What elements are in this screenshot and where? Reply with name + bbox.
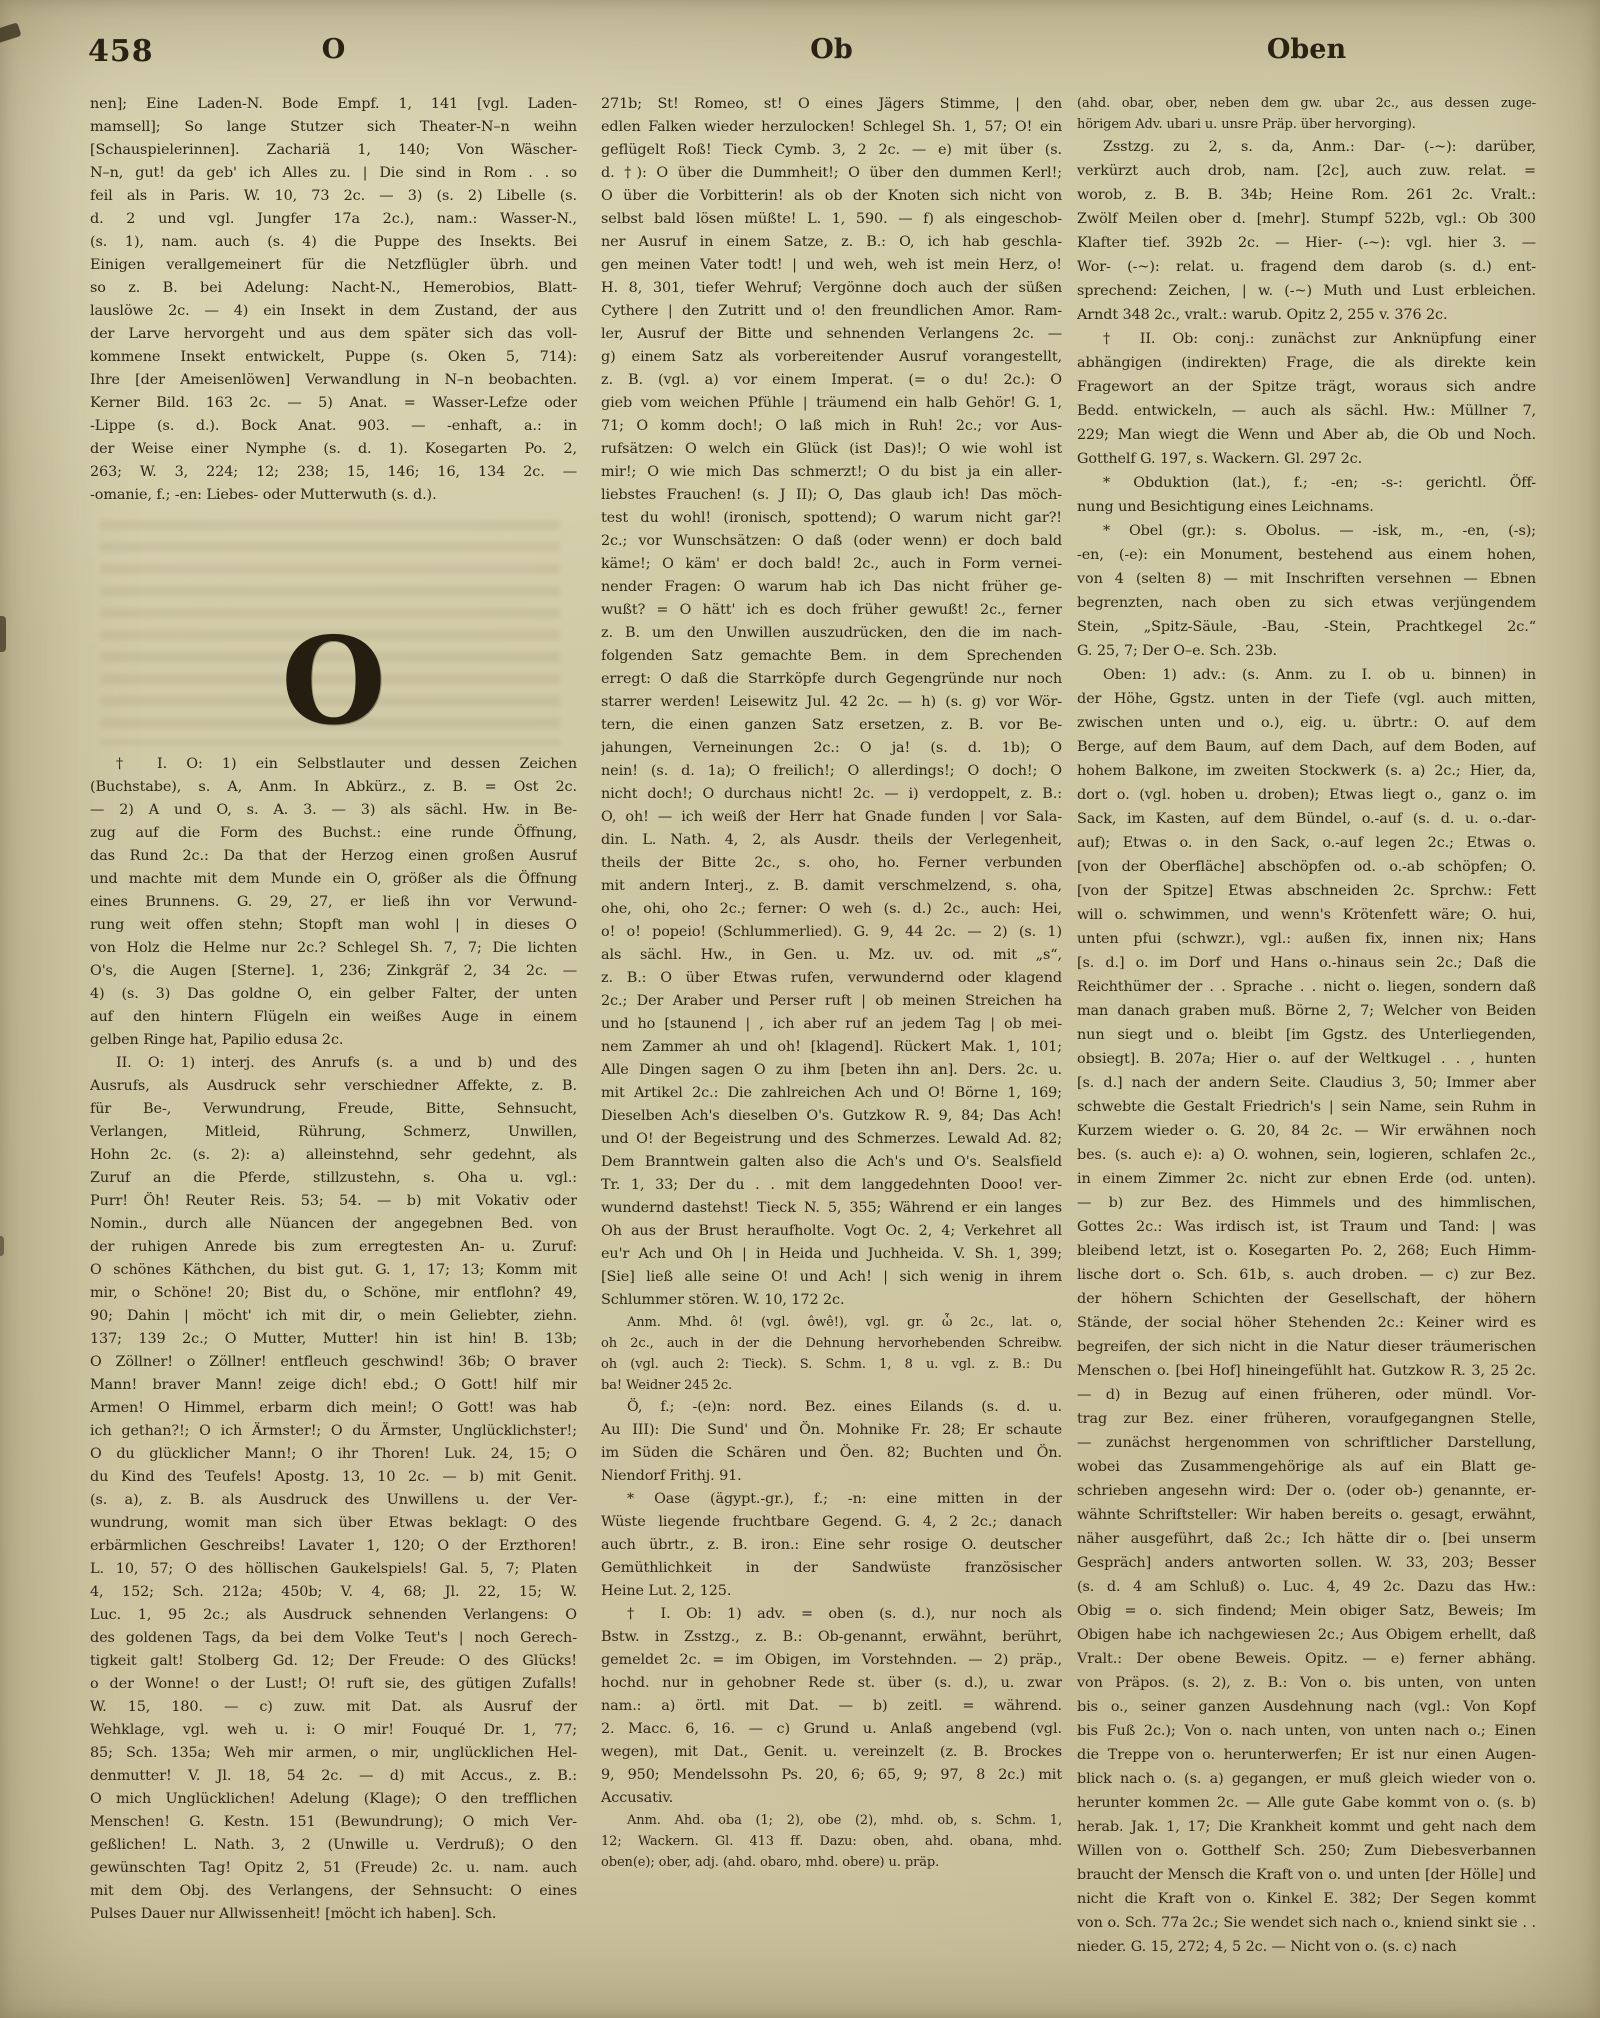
text-line: lische dort o. Sch. 61b, s. auch droben.… [1077,1263,1536,1287]
text-line: Obigen habe ich nachgewiesen 2c.; Aus Ob… [1077,1623,1536,1647]
text-line: abhängigen (indirekten) Frage, die als d… [1077,351,1536,375]
text-line: folgenden Satz gemachte Bem. in dem Spre… [601,645,1062,668]
text-line: Kerner Bild. 163 2c. — 5) Anat. = Wasser… [90,392,577,415]
text-line: bes. (s. auch e): a) O. wohnen, sein, lo… [1077,1143,1536,1167]
text-line: Berge, auf dem Baum, auf dem Dach, auf d… [1077,735,1536,759]
text-line: der höhern Schichten der Gesellschaft, d… [1077,1287,1536,1311]
text-line: so z. B. bei Adelung: Nacht-N., Hemerobi… [90,277,577,300]
text-line: H. 8, 301, tiefer Wehruf; Vergönne doch … [601,277,1062,300]
text-line: Klafter tief. 392b 2c. — Hier- (-~): vgl… [1077,231,1536,255]
text-line: -omanie, f.; -en: Liebes- oder Mutterwut… [90,484,577,507]
text-line: (s. 1), nam. auch (s. 4) die Puppe des I… [90,231,577,254]
text-line: [s. d.] o. im Dorf und Hans o.-hinaus se… [1077,951,1536,975]
text-line: z. B. um den Unwillen auszudrücken, den … [601,622,1062,645]
text-line: O, oh! — ich weiß der Herr hat Gnade fun… [601,806,1062,829]
text-line: g) einem Satz als vorbereitender Ausruf … [601,346,1062,369]
text-line: oh 2c., auch in der die Dehnung hervorhe… [601,1333,1062,1354]
text-line: schwebte die Gestalt Friedrich's | sein … [1077,1095,1536,1119]
text-line: erregt: O daß die Starrköpfe durch Gegen… [601,668,1062,691]
text-line: -en, (-e): ein Monument, bestehend aus e… [1077,543,1536,567]
text-line: L. 10, 57; O des höllischen Gaukelspiels… [90,1558,577,1581]
text-line: zug auf die Form des Buchst.: eine runde… [90,822,577,845]
text-line: Pulses Dauer nur Allwissenheit! [möcht i… [90,1903,577,1926]
text-line: 2c.; vor Wunschsätzen: O daß (oder wenn)… [601,530,1062,553]
text-line: man danach graben muß. Börne 2, 7; Welch… [1077,999,1536,1023]
text-line: o der Wonne! o der Lust!; O! ruft sie, d… [90,1673,577,1696]
text-line: der ruhigen Anrede bis zum erregtesten A… [90,1236,577,1259]
text-line: O's, die Augen [Sterne]. 1, 236; Zinkgrä… [90,960,577,983]
text-line: N–n, gut! da geb' ich Alles zu. | Die si… [90,162,577,185]
text-line: Dem Branntwein galten also die Ach's und… [601,1151,1062,1174]
text-line: blick nach o. (s. a) gegangen, er muß gl… [1077,1767,1536,1791]
text-line: — d) in Bezug auf einen früheren, oder m… [1077,1383,1536,1407]
text-line: Menschen o. [bei Hof] hineingefühlt hat.… [1077,1359,1536,1383]
text-line: zwischen unten und o.), eig. u. übrtr.: … [1077,711,1536,735]
text-line: [Sie] ließ alle seine O! und Ach! | sich… [601,1266,1062,1289]
text-line: obsiegt]. B. 207a; Hier o. auf der Weltk… [1077,1047,1536,1071]
text-line: für Be-, Verwundrung, Freude, Bitte, Seh… [90,1098,577,1121]
text-line: Ö, f.; -(e)n: nord. Bez. eines Eilands (… [601,1396,1062,1419]
text-line: will o. schwimmen, und wenn's Krötenfett… [1077,903,1536,927]
text-line: nung und Besichtigung eines Leichnams. [1077,495,1536,519]
text-line: worob, z. B. B. 34b; Heine Rom. 261 2c. … [1077,183,1536,207]
running-head-oben: Oben [1077,34,1536,65]
text-line: Ihre [der Ameisenlöwen] Verwandlung in N… [90,369,577,392]
text-line: wundernd dastehst! Tieck N. 5, 355; Währ… [601,1197,1062,1220]
text-line: Au III): Die Sund' und Ön. Mohnike Fr. 2… [601,1419,1062,1442]
text-line: Purr! Öh! Reuter Reis. 53; 54. — b) mit … [90,1190,577,1213]
text-line: 4) (s. 3) Das goldne O, ein gelber Falte… [90,983,577,1006]
text-line: Gemüthlichkeit in der Sandwüste französi… [601,1557,1062,1580]
text-line: [s. d.] nach der andern Seite. Claudius … [1077,1071,1536,1095]
text-line: eines Brunnens. G. 29, 27, er ließ ihn v… [90,891,577,914]
text-line: -Lippe (s. d.). Bock Anat. 903. — -enhaf… [90,415,577,438]
column-2: 271b; St! Romeo, st! O eines Jägers Stim… [601,93,1062,1873]
text-line: die Treppe von o. herunterwerfen; Er ist… [1077,1743,1536,1767]
text-line: Bstw. in Zsstzg., z. B.: Ob-genannt, erw… [601,1626,1062,1649]
text-line: Vralt.: Der obene Beweis. Opitz. — e) fe… [1077,1647,1536,1671]
text-line: † II. Ob: conj.: zunächst zur Anknüpfung… [1077,327,1536,351]
text-line: ohe, ohi, oho 2c.; ferner: O weh (s. d.)… [601,898,1062,921]
text-line: feil als in Paris. W. 10, 73 2c. — 3) (s… [90,185,577,208]
text-line: trag zur Bez. einer früheren, voraufgega… [1077,1407,1536,1431]
text-line: Bedd. entwickeln, — auch als sächl. Hw.:… [1077,399,1536,423]
text-line: nieder. G. 15, 272; 4, 5 2c. — Nicht von… [1077,1935,1536,1959]
text-line: test du wohl! (ironisch, spottend); O wa… [601,507,1062,530]
text-line: verkürzt auch drob, nam. [2c], auch zuw.… [1077,159,1536,183]
text-line: auf den hintern Flügeln ein weißes Auge … [90,1006,577,1029]
text-line: ich gethan?!; O ich Ärmster!; O du Ärmst… [90,1420,577,1443]
scan-artifact [0,616,6,652]
text-line: selbst bald lösen müßte! L. 1, 590. — f)… [601,208,1062,231]
text-line: von Präpos. (s. 2), z. B.: Von o. bis un… [1077,1671,1536,1695]
text-line: tigkeit galt! Stolberg Gd. 12; Der Freud… [90,1650,577,1673]
text-line: von Holz die Helme nur 2c.? Schlegel Sh.… [90,937,577,960]
text-line: Stein, „Spitz-Säule, -Bau, -Stein, Prach… [1077,615,1536,639]
text-line: Tr. 1, 33; Der du . . mit dem langgedehn… [601,1174,1062,1197]
text-line: z. B. (vgl. a) vor einem Imperat. (= o d… [601,369,1062,392]
text-line: Oh aus der Brust heraufholte. Vogt Oc. 2… [601,1220,1062,1243]
text-line: Wor- (-~): relat. u. fragend dem darob (… [1077,255,1536,279]
scan-artifact [0,22,22,43]
text-line: nein! (s. d. 1a); O freilich!; O allerdi… [601,760,1062,783]
text-line: erbärmlichen Geschreibs! Lavater 1, 120;… [90,1535,577,1558]
text-line: — 2) A und O, s. A. 3. — 3) als sächl. H… [90,799,577,822]
text-line: Obig = o. sich findend; Mein obiger Satz… [1077,1599,1536,1623]
text-line: Wehklage, vgl. weh u. i: O mir! Fouqué D… [90,1719,577,1742]
text-line: begrenzten, nach oben zu sich etwas verj… [1077,591,1536,615]
text-line: schrieben angesehn wird: Der o. (oder ob… [1077,1479,1536,1503]
text-line: lauslöwe 2c. — 4) ein Insekt in dem Zust… [90,300,577,323]
scan-artifact [0,1236,4,1256]
text-line: [von der Oberfläche] abschöpfen od. o.-a… [1077,855,1536,879]
text-line: mit dem Obj. des Verlangens, der Sehnsuc… [90,1880,577,1903]
text-line: hochd. nur in gehobner Rede st. über (s.… [601,1672,1062,1695]
text-line: begreifen, der sich nicht in die Natur d… [1077,1335,1536,1359]
text-line: 137; 139 2c.; O Mutter, Mutter! hin ist … [90,1328,577,1351]
text-line: käme!; O käm' er doch bald! 2c., auch in… [601,553,1062,576]
text-line: wähnte Schriftsteller: Wir haben bereits… [1077,1503,1536,1527]
text-line: 2c.; Der Araber und Perser ruft | ob mei… [601,990,1062,1013]
text-line: in einem Zimmer 2c. nicht zur ebnen Erde… [1077,1167,1536,1191]
text-line: Alle Dingen sagen O zu ihm [beten ihn an… [601,1059,1062,1082]
text-line: kommene Insekt entwickelt, Puppe (s. Oke… [90,346,577,369]
running-head-o: O [90,34,577,65]
text-line: Heine Lut. 2, 125. [601,1580,1062,1603]
text-line: — zunächst hergenommen von schriftlicher… [1077,1431,1536,1455]
text-line: (s. a), z. B. als Ausdruck des Unwillens… [90,1489,577,1512]
text-line: edlen Falken wieder herzulocken! Schlege… [601,116,1062,139]
text-line: geßlichen! L. Nath. 3, 2 (Unwille u. Ver… [90,1834,577,1857]
text-line: Zwölf Meilen ober d. [mehr]. Stumpf 522b… [1077,207,1536,231]
text-line: das Rund 2c.: Da that der Herzog einen g… [90,845,577,868]
text-line: O Zöllner! o Zöllner! entfleuch geschwin… [90,1351,577,1374]
text-line: als sächl. Hw., in Gen. u. Mz. uv. od. m… [601,944,1062,967]
text-line: Niendorf Frithj. 91. [601,1465,1062,1488]
text-line: hörigem Adv. ubari u. unsre Präp. über h… [1077,114,1536,135]
text-line: im Süden die Schären und Öen. 82; Buchte… [601,1442,1062,1465]
text-line: d. †): O über die Dummheit!; O über den … [601,162,1062,185]
text-line: nem Zammer ah und oh! [klagend]. Rückert… [601,1036,1062,1059]
text-line: Arndt 348 2c., vralt.: warub. Opitz 2, 2… [1077,303,1536,327]
text-line: tern, die einen ganzen Satz ersetzen, z.… [601,714,1062,737]
text-line: 90; Dahin | möcht' ich mit dir, o mein G… [90,1305,577,1328]
text-line: des goldenen Tags, da bei dem Volke Teut… [90,1627,577,1650]
text-line: Nomin., durch alle Nüancen der angegebne… [90,1213,577,1236]
text-line: bleibend letzt, ist o. Kosegarten Po. 2,… [1077,1239,1536,1263]
text-line: 2. Macc. 6, 16. — c) Grund u. Anlaß ange… [601,1718,1062,1741]
text-line: gewünschten Tag! Opitz 2, 51 (Freude) 2c… [90,1857,577,1880]
text-line: starrer werden! Leisewitz Jul. 42 2c. — … [601,691,1062,714]
drop-cap-o: O [90,611,577,753]
text-line: nender Fragen: O warum hab ich Das nicht… [601,576,1062,599]
text-line: Wüste liegende fruchtbare Gegend. G. 4, … [601,1511,1062,1534]
text-line: nen]; Eine Laden-N. Bode Empf. 1, 141 [v… [90,93,577,116]
text-line: auf); Etwas o. in den Sack, o.-auf legen… [1077,831,1536,855]
text-line: und O! der Begeistrung und des Schmerzes… [601,1128,1062,1151]
text-line: Luc. 1, 95 2c.; als Ausdruck sehnenden V… [90,1604,577,1627]
text-line: o! o! popeio! (Schlummerlied). G. 9, 44 … [601,921,1062,944]
text-line: bis o., seiner ganzen Ausdehnung nach (v… [1077,1695,1536,1719]
text-line: d. 2 und vgl. Jungfer 17a 2c.), nam.: Wa… [90,208,577,231]
text-line: W. 15, 180. — c) zuw. mit Dat. als Ausru… [90,1696,577,1719]
text-line: * Oase (ägypt.-gr.), f.; -n: eine mitten… [601,1488,1062,1511]
text-line: gelben Ringe hat, Papilio edusa 2c. [90,1029,577,1052]
text-line: 4, 152; Sch. 212a; 450b; V. 4, 68; Jl. 2… [90,1581,577,1604]
text-line: mir!; O wie mich Das schmerzt!; O du bis… [601,461,1062,484]
text-line: Einigen verallgemeinert für die Netzflüg… [90,254,577,277]
text-line: Sack, im Kasten, auf dem Bündel, o.-auf … [1077,807,1536,831]
text-line: † I. O: 1) ein Selbstlauter und dessen Z… [90,753,577,776]
text-line: Cythere | den Zutritt und o! den freundl… [601,300,1062,323]
text-line: wegen), mit Dat., Genit. u. vereinzelt (… [601,1741,1062,1764]
text-line: braucht der Mensch die Kraft von o. und … [1077,1863,1536,1887]
text-line: 9, 950; Mendelssohn Ps. 20, 6; 65, 9; 97… [601,1764,1062,1787]
drop-cap-o-glyph: O [281,622,386,742]
text-line: eu'r Ach und Oh | in Heida und Juchheida… [601,1243,1062,1266]
text-line: Gespräch] anders antworten sollen. W. 33… [1077,1551,1536,1575]
text-line: oben(e); ober, adj. (ahd. obaro, mhd. ob… [601,1852,1062,1873]
column-gap [90,507,577,611]
text-line: mir, o Schöne! 20; Bist du, o Schöne, mi… [90,1282,577,1305]
text-line: O mich Unglücklichen! Adelung (Klage); O… [90,1788,577,1811]
text-line: 85; Sch. 135a; Weh mir armen, o mir, ung… [90,1742,577,1765]
text-line: (Buchstabe), s. A, Anm. In Abkürz., z. B… [90,776,577,799]
text-line: Accusativ. [601,1787,1062,1810]
text-line: G. 25, 7; Der O–e. Sch. 23b. [1077,639,1536,663]
text-line: 271b; St! Romeo, st! O eines Jägers Stim… [601,93,1062,116]
running-head-ob: Ob [601,34,1062,65]
text-line: mit Artikel 2c.: Die zahlreichen Ach und… [601,1082,1062,1105]
text-line: (ahd. obar, ober, neben dem gw. ubar 2c.… [1077,93,1536,114]
text-line: oh (vgl. auch 2: Tieck). S. Schm. 1, 8 u… [601,1354,1062,1375]
text-line: denmutter! V. Jl. 18, 54 2c. — d) mit Ac… [90,1765,577,1788]
text-line: geflügelt Roß! Tieck Cymb. 3, 2 2c. — e)… [601,139,1062,162]
text-line: der Höhe, Ggstz. unten in der Tiefe (vgl… [1077,687,1536,711]
column-3: (ahd. obar, ober, neben dem gw. ubar 2c.… [1077,93,1536,1959]
text-line: bis Fuß 2c.); Von o. nach unten, von unt… [1077,1719,1536,1743]
text-line: gemeldet 2c. = im Obigen, im Vorstehnden… [601,1649,1062,1672]
text-line: Willen von o. Gotthelf Sch. 250; Zum Die… [1077,1839,1536,1863]
text-line: nicht die Kraft von o. Kinkel E. 382; De… [1077,1887,1536,1911]
text-line: O schönes Käthchen, du bist gut. G. 1, 1… [90,1259,577,1282]
text-line: Dieselben Ach's dieselben O's. Gutzkow R… [601,1105,1062,1128]
text-line: Kurzem wieder o. G. 20, 84 2c. — Wir erw… [1077,1119,1536,1143]
text-line: [Schauspielerinnen]. Zachariä 1, 140; Vo… [90,139,577,162]
text-line: 263; W. 3, 224; 12; 238; 15, 146; 16, 13… [90,461,577,484]
text-line: herunter kommen 2c. — Alle gute Gabe kom… [1077,1791,1536,1815]
text-line: 71; O komm doch!; O laß mich in Ruh! 2c.… [601,415,1062,438]
text-line: sprechend: Zeichen, | w. (-~) Muth und L… [1077,279,1536,303]
text-line: näher ausgeführt, daß 2c.; Ich hätte dir… [1077,1527,1536,1551]
text-line: Gottes 2c.: Was irdisch ist, ist Traum u… [1077,1215,1536,1239]
text-line: * Obel (gr.): s. Obolus. — -isk, m., -en… [1077,519,1536,543]
text-line: unten pfui (schwzr.), vgl.: außen fix, i… [1077,927,1536,951]
text-line: Anm. Mhd. ô! (vgl. ôwê!), vgl. gr. ὦ 2c.… [601,1312,1062,1333]
text-line: [von der Spitze] Etwas abschneiden 2c. S… [1077,879,1536,903]
text-line: Menschen! G. Kestn. 151 (Bewundrung); O … [90,1811,577,1834]
text-line: Schlummer stören. W. 10, 172 2c. [601,1289,1062,1312]
text-line: liebstes Frauchen! (s. J II); O, Das gla… [601,484,1062,507]
text-line: z. B.: O über Etwas rufen, verwundernd o… [601,967,1062,990]
text-line: herab. Jak. 1, 17; Die Krankheit kommt u… [1077,1815,1536,1839]
text-line: wundrung, womit man sich über Etwas bekl… [90,1512,577,1535]
text-line: jahungen, Verneinungen 2c.: O ja! (s. d.… [601,737,1062,760]
text-line: O du glücklicher Mann!; O ihr Thoren! Lu… [90,1443,577,1466]
text-line: nun siegt und o. bleibt [im Ggstz. des U… [1077,1023,1536,1047]
text-line: Ausrufs, als Ausdruck sehr verschiedner … [90,1075,577,1098]
text-line: auch übrtr., z. B. iron.: Eine sehr rosi… [601,1534,1062,1557]
text-line: rufsätzen: O welch ein Glück (ist Das)!;… [601,438,1062,461]
text-line: Stände, der social höher Stehenden 2c.: … [1077,1311,1536,1335]
text-line: und machte mit dem Munde ein O, größer a… [90,868,577,891]
text-line: von o. Sch. 77a 2c.; Sie wendet sich nac… [1077,1911,1536,1935]
text-line: ner Ausruf in einem Satze, z. B.: O, ich… [601,231,1062,254]
text-line: Armen! O Himmel, erbarm dich mein!; O Go… [90,1397,577,1420]
text-line: Anm. Ahd. oba (1; 2), obe (2), mhd. ob, … [601,1810,1062,1831]
text-line: * Obduktion (lat.), f.; -en; -s-: gerich… [1077,471,1536,495]
text-line: mamsell]; So lange Stutzer sich Theater-… [90,116,577,139]
text-line: (s. d. 4 am Schluß) o. Luc. 4, 49 2c. Da… [1077,1575,1536,1599]
text-line: der Weise einer Nymphe (s. d. 1). Kosega… [90,438,577,461]
text-line: nicht doch!; O durchaus nicht! 2c. — i) … [601,783,1062,806]
text-line: Zuruf an die Pferde, stillzustehn, s. Oh… [90,1167,577,1190]
text-line: Mann! braver Mann! zeige dich! ebd.; O G… [90,1374,577,1397]
text-line: der Larve hervorgeht und aus dem später … [90,323,577,346]
text-line: ler, Ausruf der Bitte und sehnenden Verl… [601,323,1062,346]
text-line: 12; Wackern. Gl. 413 ff. Dazu: oben, ahd… [601,1831,1062,1852]
text-line: gen meinen Vater todt! | und weh, weh is… [601,254,1062,277]
text-line: nam.: a) örtl. mit Dat. — b) zeitl. = wä… [601,1695,1062,1718]
text-line: Zsstzg. zu 2, s. da, Anm.: Dar- (-~): da… [1077,135,1536,159]
text-line: dort o. (vgl. hoben u. droben); Etwas li… [1077,783,1536,807]
text-line: hohem Balkone, im zweiten Stockwerk (s. … [1077,759,1536,783]
text-line: din. L. Nath. 4, 2, als Ausdr. theils de… [601,829,1062,852]
text-line: II. O: 1) interj. des Anrufs (s. a und b… [90,1052,577,1075]
text-line: mit andern Interj., z. B. damit verschme… [601,875,1062,898]
text-line: gieb vom weichen Pfühle | träumend ein h… [601,392,1062,415]
text-line: Oben: 1) adv.: (s. Anm. zu I. ob u. binn… [1077,663,1536,687]
text-line: Reichthümer der . . Sprache . . nicht o.… [1077,975,1536,999]
text-line: wobei das Zusammengehörige als auf ein B… [1077,1455,1536,1479]
text-line: 229; Man wiegt die Wenn und Aber ab, die… [1077,423,1536,447]
text-line: — b) zur Bez. des Himmels und des himmli… [1077,1191,1536,1215]
text-line: du Kind des Teufels! Apostg. 13, 10 2c. … [90,1466,577,1489]
text-line: Verlangen, Mitleid, Rührung, Schmerz, Un… [90,1121,577,1144]
text-line: Fragewort an der Spitze trägt, woraus si… [1077,375,1536,399]
text-line: von 4 (selten 8) — mit Inschriften verse… [1077,567,1536,591]
text-line: ba! Weidner 245 2c. [601,1375,1062,1396]
text-line: und ho [staunend | , ich aber ruf an jed… [601,1013,1062,1036]
text-line: rung weit offen stehn; Stopft man wohl |… [90,914,577,937]
text-line: theils der Bitte 2c., s. oho, ho. Ferner… [601,852,1062,875]
text-line: O über die Vorbitterin! als ob der Knote… [601,185,1062,208]
text-line: † I. Ob: 1) adv. = oben (s. d.), nur noc… [601,1603,1062,1626]
text-line: Hohn 2c. (s. 2): a) alleinstehnd, sehr g… [90,1144,577,1167]
text-line: Gotthelf G. 197, s. Wackern. Gl. 297 2c. [1077,447,1536,471]
text-line: wußt? = O hätt' ich es doch früher gewuß… [601,599,1062,622]
column-1: nen]; Eine Laden-N. Bode Empf. 1, 141 [v… [90,93,577,1926]
dictionary-page: 458 O Ob Oben nen]; Eine Laden-N. Bode E… [0,0,1600,2018]
